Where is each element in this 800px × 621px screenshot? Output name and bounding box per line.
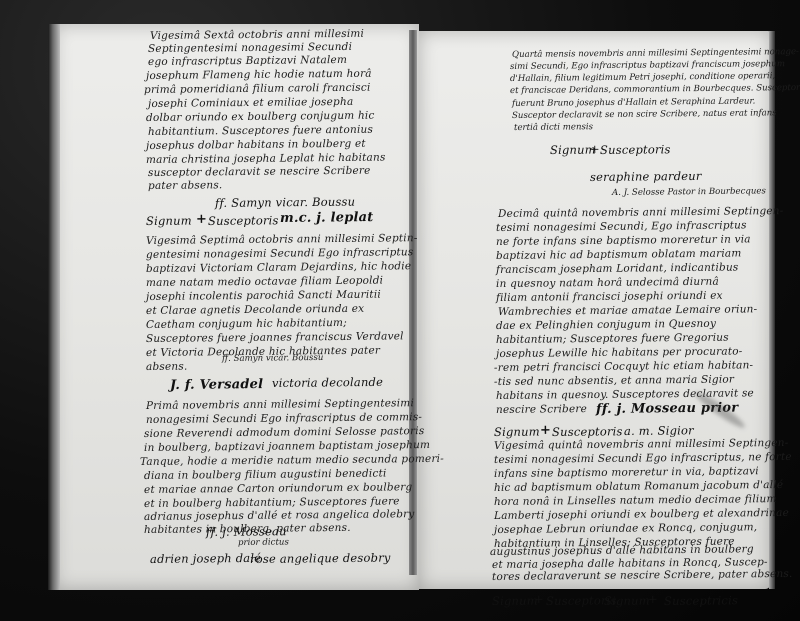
text-line: absens. xyxy=(146,361,188,373)
susceptor-label: Susceptoris xyxy=(600,142,671,157)
godmother-signature: m.c. j. leplat xyxy=(280,210,374,226)
susceptor-label: Susceptoris xyxy=(208,213,279,228)
text-line: josephi Cominiaux et emiliae josepha xyxy=(148,96,354,110)
godmother-signature: rose angelique desobry xyxy=(250,551,391,566)
cross-mark: + xyxy=(648,592,658,606)
godmother-signature: victoria decolande xyxy=(272,375,383,390)
signum-label: Signum xyxy=(492,594,538,608)
text-line: josephi incolentis parochiâ Sancti Mauri… xyxy=(146,289,381,303)
text-line: Septingentesimi nonagesimi Secundi xyxy=(148,41,352,55)
godfather-signature: adrien joseph dalé xyxy=(150,551,261,566)
susceptor-label: Susceptoris xyxy=(552,424,623,439)
text-line: Vigesimâ Sextâ octobris anni millesimi xyxy=(150,28,364,42)
text-line: maria christina josepha Leplat hic habit… xyxy=(146,151,386,166)
text-line: habitantium. Susceptores fuere antonius xyxy=(148,124,373,138)
text-line: franciscam josepham Loridant, indicantib… xyxy=(496,261,739,276)
priest-signature: ff. Samyn vicar. Boussu xyxy=(222,353,323,364)
signum-label: Signum xyxy=(146,214,192,228)
text-line: filiam antonii francisci josephi oriundi… xyxy=(496,290,723,304)
signum-label: Signum xyxy=(604,594,650,608)
text-line: dolbar oriundo ex boulberg conjugum hic xyxy=(146,110,375,124)
priest-title: prior dictus xyxy=(238,537,289,548)
book-gutter xyxy=(409,30,417,575)
text-line: Caetham conjugum hic habitantium; xyxy=(146,317,347,331)
text-line: diana in boulberg filium augustini bened… xyxy=(144,467,387,482)
godmother-signature: seraphine pardeur xyxy=(590,169,702,184)
cross-mark: + xyxy=(540,423,551,438)
text-line: pater absens. xyxy=(148,179,223,192)
text-line: -tis sed nunc absentis, et anna maria Si… xyxy=(494,373,734,388)
text-line: baptizavi hic ad baptismum oblatam maria… xyxy=(496,247,742,262)
godmother-signature: a. m. Sigior xyxy=(624,423,694,438)
text-line: tertiâ dicti mensis xyxy=(514,122,593,133)
text-line: mane natam medio octavae filiam Leopoldi xyxy=(146,275,383,289)
cross-mark: + xyxy=(196,212,207,227)
text-line: in quesnoy natam horâ undecimâ diurnâ xyxy=(496,276,719,290)
text-line: et Clarae agnetis Decolande oriunda ex xyxy=(146,303,364,317)
text-line: ego infrascriptus Baptizavi Natalem xyxy=(148,54,347,68)
text-line: josephus dolbar habitans in boulberg et xyxy=(146,138,366,152)
godmother-signum: Susceptricis xyxy=(664,593,738,608)
pastor-signature: A. J. Selosse Pastor in Bourbecques xyxy=(612,186,766,198)
godfather-signature: J. f. Versadel xyxy=(170,377,263,393)
text-line: josephum Flameng hic hodie natum horâ xyxy=(146,68,372,82)
priest-signature: ff. Samyn vicar. Boussu xyxy=(215,195,355,210)
cross-mark: + xyxy=(534,592,544,606)
text-line: dae ex Pelinghien conjugum in Quesnoy xyxy=(496,318,716,332)
signum-label: Signum xyxy=(494,425,540,439)
cross-mark: + xyxy=(590,142,600,156)
text-line: primâ pomeridianâ filium caroli francisc… xyxy=(144,82,371,96)
text-line: habitantium; Susceptores fuere Gregorius xyxy=(496,332,729,346)
text-line: nescire Scribere xyxy=(496,403,587,416)
text-line: susceptor declaravit se nescire Scribere xyxy=(148,165,371,179)
